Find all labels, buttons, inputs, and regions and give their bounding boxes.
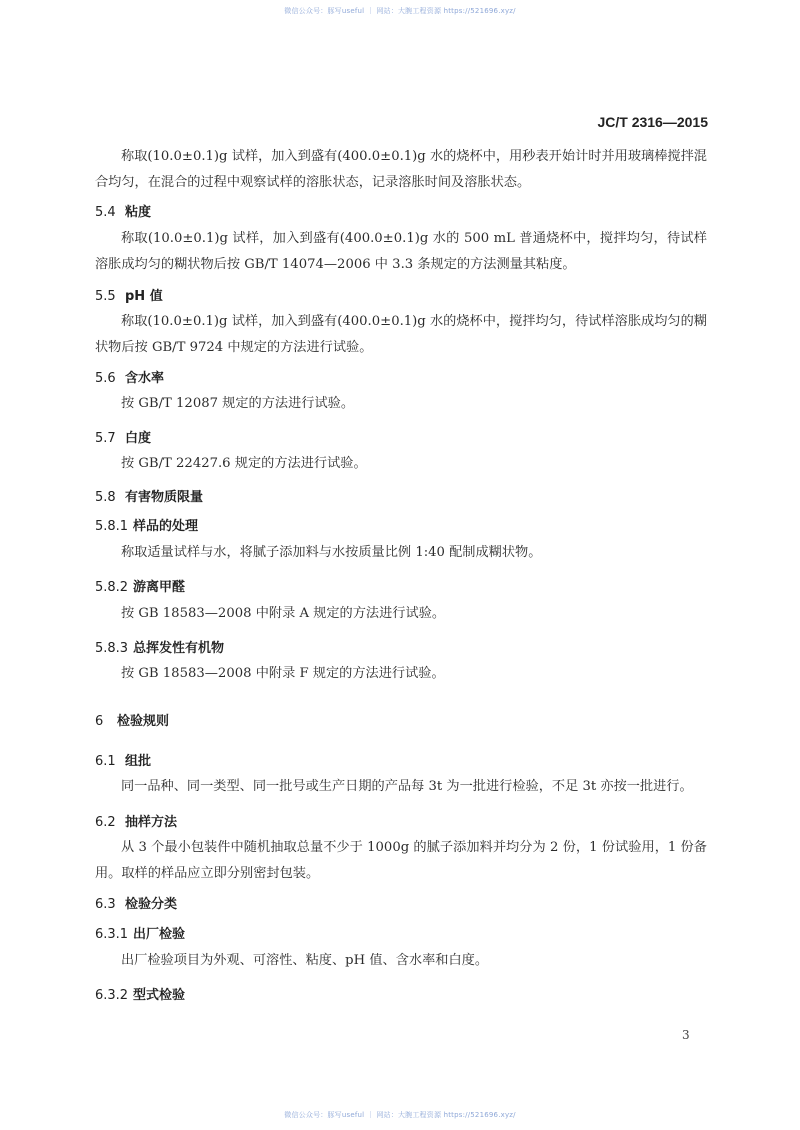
paragraph-sample-prep: 称取适量试样与水，将腻子添加料与水按质量比例 1:40 配制成糊状物。 xyxy=(95,540,707,566)
paragraph-ph: 称取(10.0±0.1)g 试样，加入到盛有(400.0±0.1)g 水的烧杯中… xyxy=(95,309,707,361)
section-number: 6.2 xyxy=(95,815,125,830)
heading-6: 6检验规则 xyxy=(95,710,169,729)
paragraph-batching: 同一品种、同一类型、同一批号或生产日期的产品每 3t 为一批进行检验，不足 3t… xyxy=(95,774,707,800)
section-title: pH 值 xyxy=(125,289,163,304)
section-number: 6.3.1 xyxy=(95,927,133,942)
section-number: 5.6 xyxy=(95,371,125,386)
paragraph-sampling: 从 3 个最小包装件中随机抽取总量不少于 1000g 的腻子添加料并均分为 2 … xyxy=(95,835,707,887)
heading-6-3-2: 6.3.2型式检验 xyxy=(95,984,185,1003)
section-title: 组批 xyxy=(125,754,151,769)
paragraph-tvoc: 按 GB 18583—2008 中附录 F 规定的方法进行试验。 xyxy=(95,661,707,687)
section-number: 6.3 xyxy=(95,897,125,912)
section-number: 6.3.2 xyxy=(95,988,133,1003)
section-title: 含水率 xyxy=(125,371,164,386)
section-title: 有害物质限量 xyxy=(125,490,203,505)
paragraph-solubility: 称取(10.0±0.1)g 试样，加入到盛有(400.0±0.1)g 水的烧杯中… xyxy=(95,144,707,196)
section-number: 5.5 xyxy=(95,289,125,304)
heading-5-8-1: 5.8.1样品的处理 xyxy=(95,515,198,534)
section-number: 5.7 xyxy=(95,431,125,446)
section-number: 6.1 xyxy=(95,754,125,769)
heading-6-2: 6.2抽样方法 xyxy=(95,811,177,830)
paragraph-whiteness: 按 GB/T 22427.6 规定的方法进行试验。 xyxy=(95,451,707,477)
section-title: 总挥发性有机物 xyxy=(133,641,224,656)
standard-code: JC/T 2316—2015 xyxy=(597,114,708,130)
watermark-top: 微信公众号：豚写useful ｜ 网站：大腕工程资源 https://52169… xyxy=(0,6,800,16)
section-title: 检验分类 xyxy=(125,897,177,912)
heading-6-3-1: 6.3.1出厂检验 xyxy=(95,923,185,942)
section-title: 粘度 xyxy=(125,205,151,220)
paragraph-moisture: 按 GB/T 12087 规定的方法进行试验。 xyxy=(95,391,707,417)
section-title: 型式检验 xyxy=(133,988,185,1003)
section-title: 检验规则 xyxy=(117,714,169,729)
heading-5-8: 5.8有害物质限量 xyxy=(95,486,203,505)
section-number: 5.8.3 xyxy=(95,641,133,656)
section-title: 抽样方法 xyxy=(125,815,177,830)
heading-5-4: 5.4粘度 xyxy=(95,201,151,220)
section-title: 出厂检验 xyxy=(133,927,185,942)
heading-5-7: 5.7白度 xyxy=(95,427,151,446)
section-number: 5.4 xyxy=(95,205,125,220)
section-number: 5.8.2 xyxy=(95,580,133,595)
watermark-bottom: 微信公众号：豚写useful ｜ 网站：大腕工程资源 https://52169… xyxy=(0,1110,800,1120)
heading-6-1: 6.1组批 xyxy=(95,750,151,769)
page-number: 3 xyxy=(682,1028,690,1042)
section-title: 样品的处理 xyxy=(133,519,198,534)
section-title: 游离甲醛 xyxy=(133,580,185,595)
section-title: 白度 xyxy=(125,431,151,446)
paragraph-viscosity: 称取(10.0±0.1)g 试样，加入到盛有(400.0±0.1)g 水的 50… xyxy=(95,226,707,278)
section-number: 5.8 xyxy=(95,490,125,505)
heading-5-8-3: 5.8.3总挥发性有机物 xyxy=(95,637,224,656)
paragraph-formaldehyde: 按 GB 18583—2008 中附录 A 规定的方法进行试验。 xyxy=(95,601,707,627)
heading-5-5: 5.5pH 值 xyxy=(95,285,163,304)
section-number: 5.8.1 xyxy=(95,519,133,534)
heading-6-3: 6.3检验分类 xyxy=(95,893,177,912)
paragraph-factory-inspection: 出厂检验项目为外观、可溶性、粘度、pH 值、含水率和白度。 xyxy=(95,948,707,974)
heading-5-8-2: 5.8.2游离甲醛 xyxy=(95,576,185,595)
heading-5-6: 5.6含水率 xyxy=(95,367,164,386)
section-number: 6 xyxy=(95,714,117,729)
